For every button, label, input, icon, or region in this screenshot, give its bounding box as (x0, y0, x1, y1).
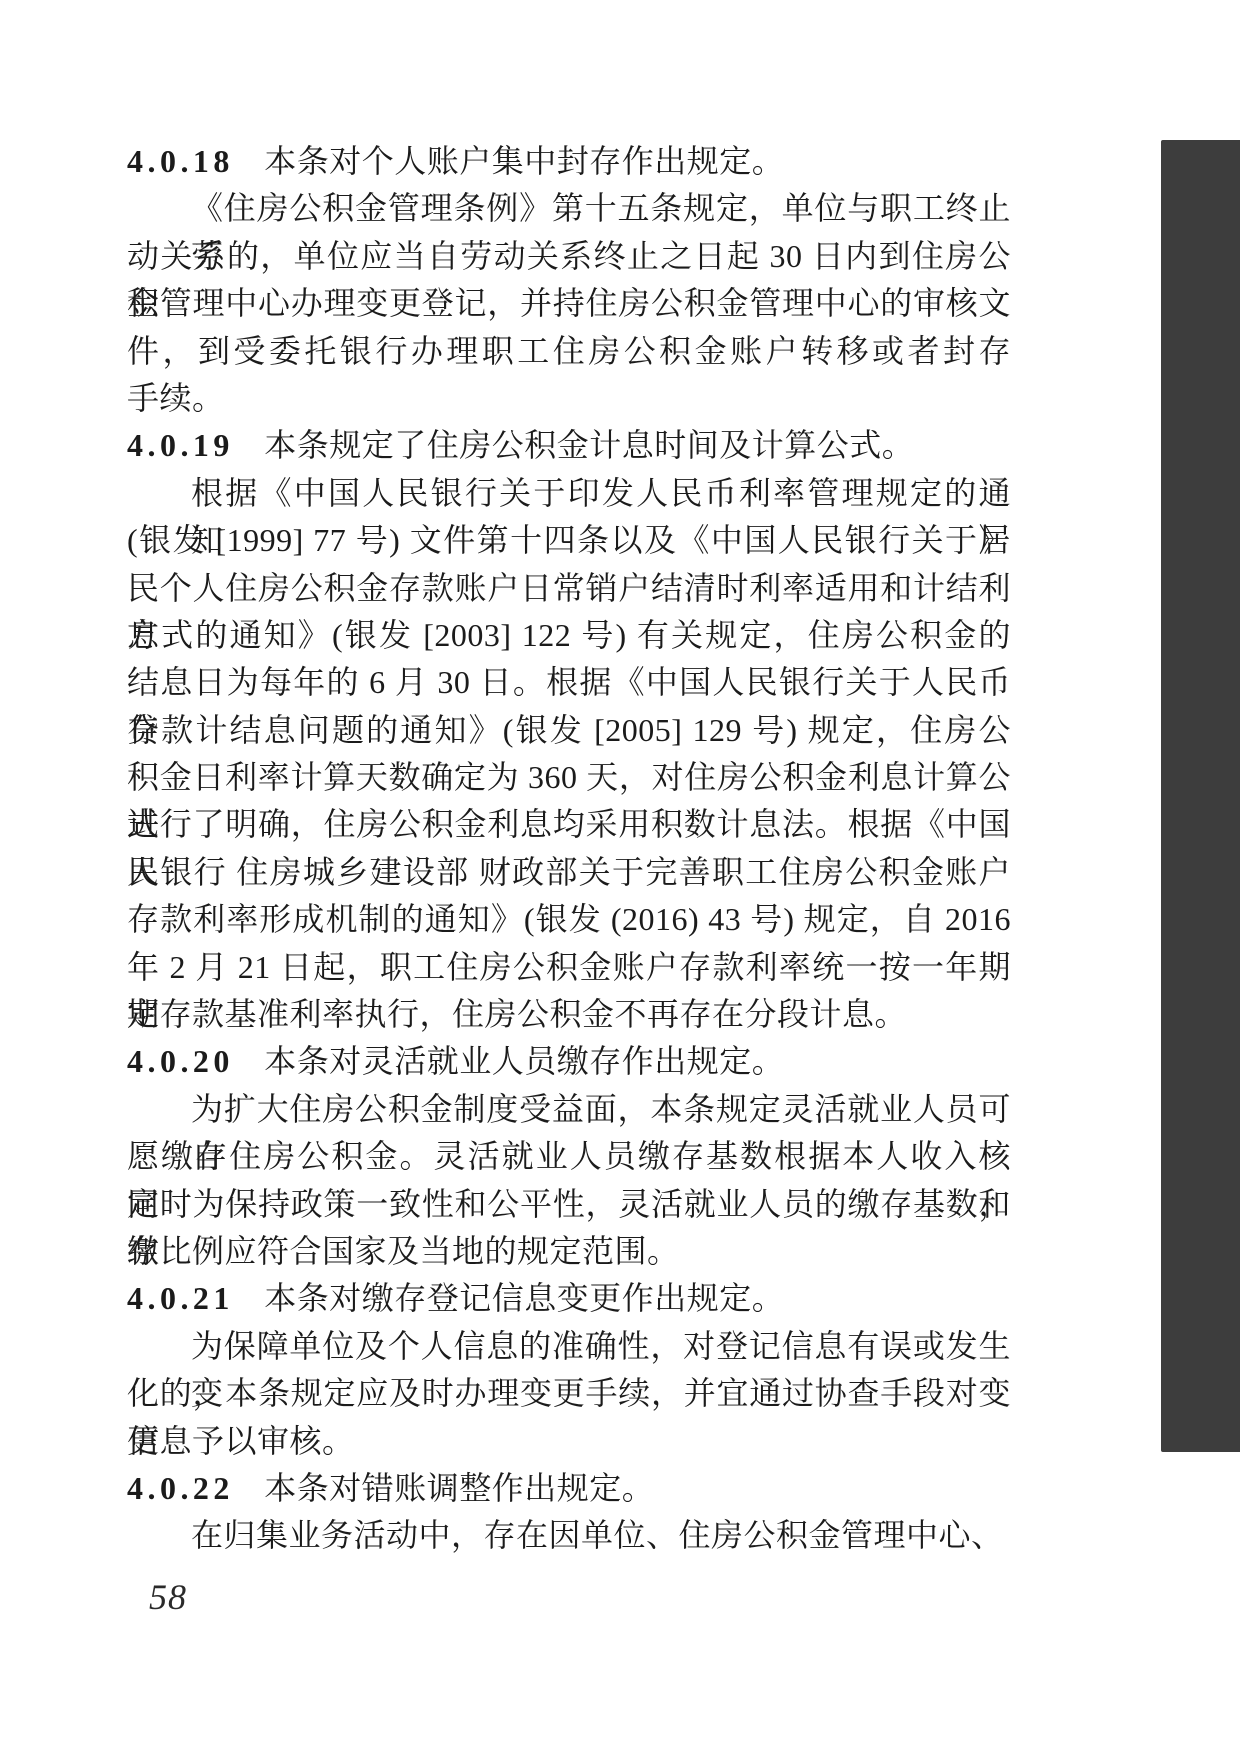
line-text: 期存款基准利率执行，住房公积金不再存在分段计息。 (127, 996, 907, 1032)
line-text: 本条对灵活就业人员缴存作出规定。 (264, 1043, 784, 1079)
body-text-line: 年 2 月 21 日起，职工住房公积金账户存款利率统一按一年期定 (127, 944, 1011, 991)
body-text-line: 为保障单位及个人信息的准确性，对登记信息有误或发生变 (127, 1323, 1011, 1370)
line-text: 存款利率形成机制的通知》(银发 (2016) 43 号) 规定，自 2016 (127, 901, 1011, 937)
line-text: 方式的通知》(银发 [2003] 122 号) 有关规定，住房公积金的 (127, 617, 1011, 653)
body-text-line: 民银行 住房城乡建设部 财政部关于完善职工住房公积金账户 (127, 849, 1011, 896)
clause-heading-line: 4.0.21本条对缴存登记信息变更作出规定。 (127, 1275, 1011, 1322)
line-text: 本条规定了住房公积金计息时间及计算公式。 (264, 427, 914, 463)
body-text-line: 手续。 (127, 375, 1011, 422)
body-text-line: 在归集业务活动中，存在因单位、住房公积金管理中心、 (127, 1512, 1011, 1559)
body-text-line: 愿缴存住房公积金。灵活就业人员缴存基数根据本人收入核定， (127, 1133, 1011, 1180)
line-text: 本条对个人账户集中封存作出规定。 (264, 143, 784, 179)
clause-number: 4.0.21 (127, 1280, 234, 1316)
page-number: 58 (149, 1576, 187, 1618)
body-text-line: 方式的通知》(银发 [2003] 122 号) 有关规定，住房公积金的 (127, 612, 1011, 659)
clause-heading-line: 4.0.22本条对错账调整作出规定。 (127, 1465, 1011, 1512)
body-text-line: 为扩大住房公积金制度受益面，本条规定灵活就业人员可自 (127, 1086, 1011, 1133)
clause-number: 4.0.19 (127, 427, 234, 463)
body-text-line: 信息予以审核。 (127, 1418, 1011, 1465)
line-text: 信息予以审核。 (127, 1423, 355, 1459)
body-text-line: 民个人住房公积金存款账户日常销户结清时利率适用和计结利息 (127, 565, 1011, 612)
line-text: (银发 [1999] 77 号) 文件第十四条以及《中国人民银行关于居 (127, 522, 1011, 558)
line-text: 金管理中心办理变更登记，并持住房公积金管理中心的审核文 (127, 285, 1011, 321)
body-text-line: 动关系的，单位应当自劳动关系终止之日起 30 日内到住房公积 (127, 233, 1011, 280)
clause-number: 4.0.20 (127, 1043, 234, 1079)
body-text-line: 进行了明确，住房公积金利息均采用积数计息法。根据《中国人 (127, 801, 1011, 848)
line-text: 民银行 住房城乡建设部 财政部关于完善职工住房公积金账户 (127, 854, 1011, 890)
line-text: 件，到受委托银行办理职工住房公积金账户转移或者封存 (127, 333, 1011, 369)
body-text-line: 贷款计结息问题的通知》(银发 [2005] 129 号) 规定，住房公 (127, 707, 1011, 754)
clause-heading-line: 4.0.19本条规定了住房公积金计息时间及计算公式。 (127, 422, 1011, 469)
line-text: 手续。 (127, 380, 225, 416)
clause-number: 4.0.18 (127, 143, 234, 179)
line-text: 贷款计结息问题的通知》(银发 [2005] 129 号) 规定，住房公 (127, 712, 1011, 748)
body-text-line: 结息日为每年的 6 月 30 日。根据《中国人民银行关于人民币存 (127, 659, 1011, 706)
body-text-line: 根据《中国人民银行关于印发人民币利率管理规定的通知》 (127, 470, 1011, 517)
document-page: 4.0.18本条对个人账户集中封存作出规定。《住房公积金管理条例》第十五条规定，… (0, 0, 1240, 1738)
body-text-line: 存比例应符合国家及当地的规定范围。 (127, 1228, 1011, 1275)
body-text-line: 件，到受委托银行办理职工住房公积金账户转移或者封存 (127, 328, 1011, 375)
clause-number: 4.0.22 (127, 1470, 234, 1506)
body-text-line: 同时为保持政策一致性和公平性，灵活就业人员的缴存基数和缴 (127, 1181, 1011, 1228)
line-text: 在归集业务活动中，存在因单位、住房公积金管理中心、 (191, 1517, 1004, 1553)
scan-edge-artifact (1161, 140, 1240, 1452)
body-text-line: 积金日利率计算天数确定为 360 天，对住房公积金利息计算公式 (127, 754, 1011, 801)
line-text: 本条对缴存登记信息变更作出规定。 (264, 1280, 784, 1316)
body-text-line: 《住房公积金管理条例》第十五条规定，单位与职工终止劳 (127, 185, 1011, 232)
line-text: 本条对错账调整作出规定。 (264, 1470, 654, 1506)
body-text-line: 金管理中心办理变更登记，并持住房公积金管理中心的审核文 (127, 280, 1011, 327)
body-text-line: 存款利率形成机制的通知》(银发 (2016) 43 号) 规定，自 2016 (127, 896, 1011, 943)
body-text-line: 化的，本条规定应及时办理变更手续，并宜通过协查手段对变更 (127, 1370, 1011, 1417)
clause-heading-line: 4.0.20本条对灵活就业人员缴存作出规定。 (127, 1038, 1011, 1085)
body-text-line: 期存款基准利率执行，住房公积金不再存在分段计息。 (127, 991, 1011, 1038)
body-text-line: (银发 [1999] 77 号) 文件第十四条以及《中国人民银行关于居 (127, 517, 1011, 564)
text-block: 4.0.18本条对个人账户集中封存作出规定。《住房公积金管理条例》第十五条规定，… (127, 138, 1011, 1560)
clause-heading-line: 4.0.18本条对个人账户集中封存作出规定。 (127, 138, 1011, 185)
line-text: 存比例应符合国家及当地的规定范围。 (127, 1233, 680, 1269)
